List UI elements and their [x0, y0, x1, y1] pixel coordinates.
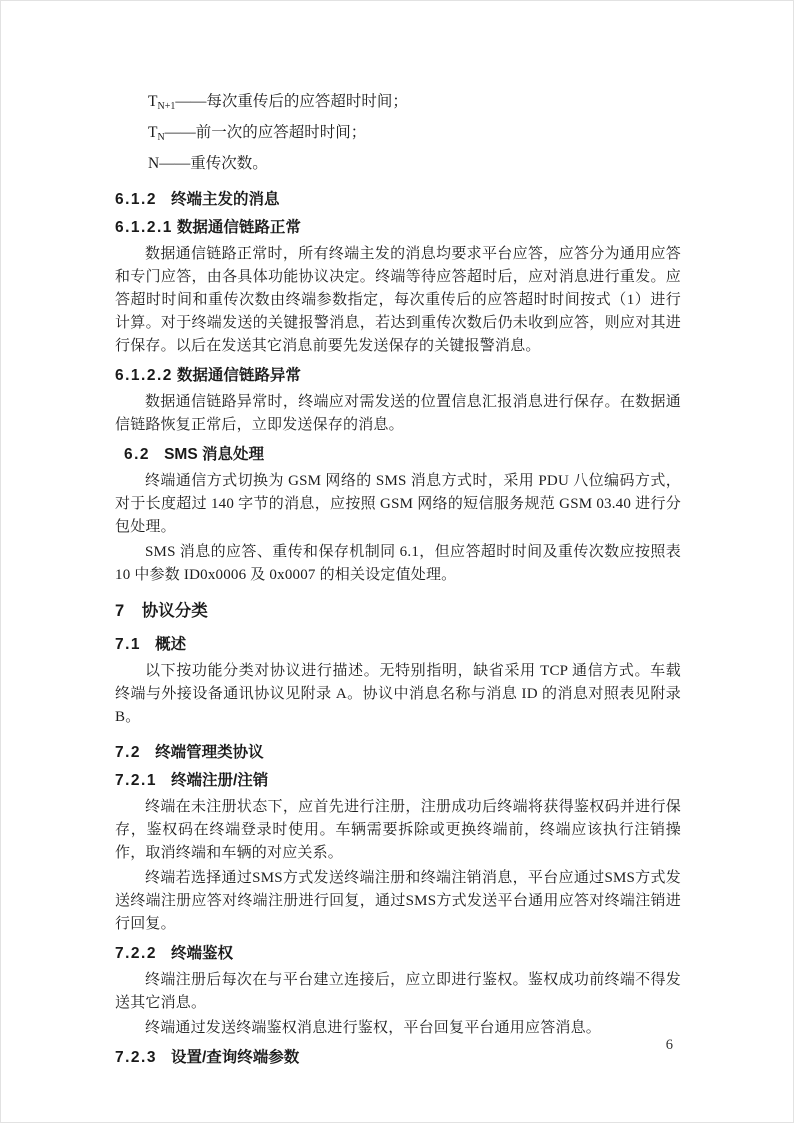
- heading-title: 协议分类: [142, 602, 208, 620]
- definition-term: N: [148, 155, 159, 172]
- definition-term: TN+1: [148, 93, 175, 110]
- term-subscript: N: [157, 132, 164, 143]
- heading-title: 数据通信链路异常: [177, 367, 301, 384]
- heading-6-1-2-1: 6.1.2.1数据通信链路正常: [115, 218, 681, 238]
- heading-number: 7: [115, 602, 126, 620]
- heading-number: 7.2: [115, 744, 141, 761]
- paragraph-7-2-1-1: 终端在未注册状态下，应首先进行注册，注册成功后终端将获得鉴权码并进行保存，鉴权码…: [115, 796, 681, 865]
- heading-number: 7.2.2: [115, 945, 157, 962]
- paragraph-6-1-2-1: 数据通信链路正常时，所有终端主发的消息均要求平台应答，应答分为通用应答和专门应答…: [115, 243, 681, 358]
- paragraph-6-2-1: 终端通信方式切换为 GSM 网络的 SMS 消息方式时，采用 PDU 八位编码方…: [115, 470, 681, 539]
- heading-number: 6.1.2: [115, 191, 157, 208]
- definition-text: ——前一次的应答超时时间；: [165, 124, 367, 141]
- paragraph-7-2-2-1: 终端注册后每次在与平台建立连接后，应立即进行鉴权。鉴权成功前终端不得发送其它消息…: [115, 969, 681, 1015]
- paragraph-7-2-1-2: 终端若选择通过SMS方式发送终端注册和终端注销消息，平台应通过SMS方式发送终端…: [115, 867, 681, 936]
- formula-symbol-definitions: TN+1——每次重传后的应答超时时间； TN——前一次的应答超时时间； N——重…: [115, 89, 681, 182]
- paragraph-6-2-2: SMS 消息的应答、重传和保存机制同 6.1，但应答超时时间及重传次数应按照表 …: [115, 541, 681, 587]
- document-page: TN+1——每次重传后的应答超时时间； TN——前一次的应答超时时间； N——重…: [0, 0, 794, 1123]
- heading-title: 设置/查询终端参数: [171, 1049, 299, 1066]
- definition-line: N——重传次数。: [148, 151, 681, 182]
- heading-number: 7.2.1: [115, 772, 157, 789]
- heading-number: 6.2: [124, 446, 150, 463]
- heading-7-2-3: 7.2.3设置/查询终端参数: [115, 1048, 681, 1068]
- heading-7-1: 7.1概述: [115, 635, 681, 655]
- term-base: N: [148, 155, 159, 172]
- heading-6-1-2-2: 6.1.2.2数据通信链路异常: [115, 366, 681, 386]
- heading-number: 7.2.3: [115, 1049, 157, 1066]
- heading-number: 6.1.2.2: [115, 367, 173, 384]
- page-number: 6: [666, 1037, 673, 1054]
- page-content: TN+1——每次重传后的应答超时时间； TN——前一次的应答超时时间； N——重…: [115, 89, 681, 1073]
- heading-6-2: 6.2SMS 消息处理: [115, 445, 681, 465]
- paragraph-7-2-2-2: 终端通过发送终端鉴权消息进行鉴权，平台回复平台通用应答消息。: [115, 1017, 681, 1040]
- heading-title: 数据通信链路正常: [177, 219, 301, 236]
- definition-line: TN+1——每次重传后的应答超时时间；: [148, 89, 681, 120]
- heading-title: 终端鉴权: [171, 945, 233, 962]
- heading-7-2-2: 7.2.2终端鉴权: [115, 944, 681, 964]
- term-subscript: N+1: [157, 101, 175, 112]
- heading-7: 7协议分类: [115, 601, 681, 621]
- heading-7-2-1: 7.2.1终端注册/注销: [115, 771, 681, 791]
- heading-title: 终端管理类协议: [155, 744, 264, 761]
- paragraph-7-1: 以下按功能分类对协议进行描述。无特别指明，缺省采用 TCP 通信方式。车载终端与…: [115, 660, 681, 729]
- heading-number: 6.1.2.1: [115, 219, 173, 236]
- heading-title: 终端主发的消息: [171, 191, 280, 208]
- heading-title: 概述: [155, 636, 186, 653]
- heading-title: 终端注册/注销: [171, 772, 268, 789]
- definition-term: TN: [148, 124, 165, 141]
- definition-line: TN——前一次的应答超时时间；: [148, 120, 681, 151]
- heading-7-2: 7.2终端管理类协议: [115, 743, 681, 763]
- heading-number: 7.1: [115, 636, 141, 653]
- heading-6-1-2: 6.1.2终端主发的消息: [115, 190, 681, 210]
- definition-text: ——每次重传后的应答超时时间；: [175, 93, 408, 110]
- paragraph-6-1-2-2: 数据通信链路异常时，终端应对需发送的位置信息汇报消息进行保存。在数据通信链路恢复…: [115, 391, 681, 437]
- heading-title: SMS 消息处理: [164, 446, 264, 463]
- definition-text: ——重传次数。: [159, 155, 268, 172]
